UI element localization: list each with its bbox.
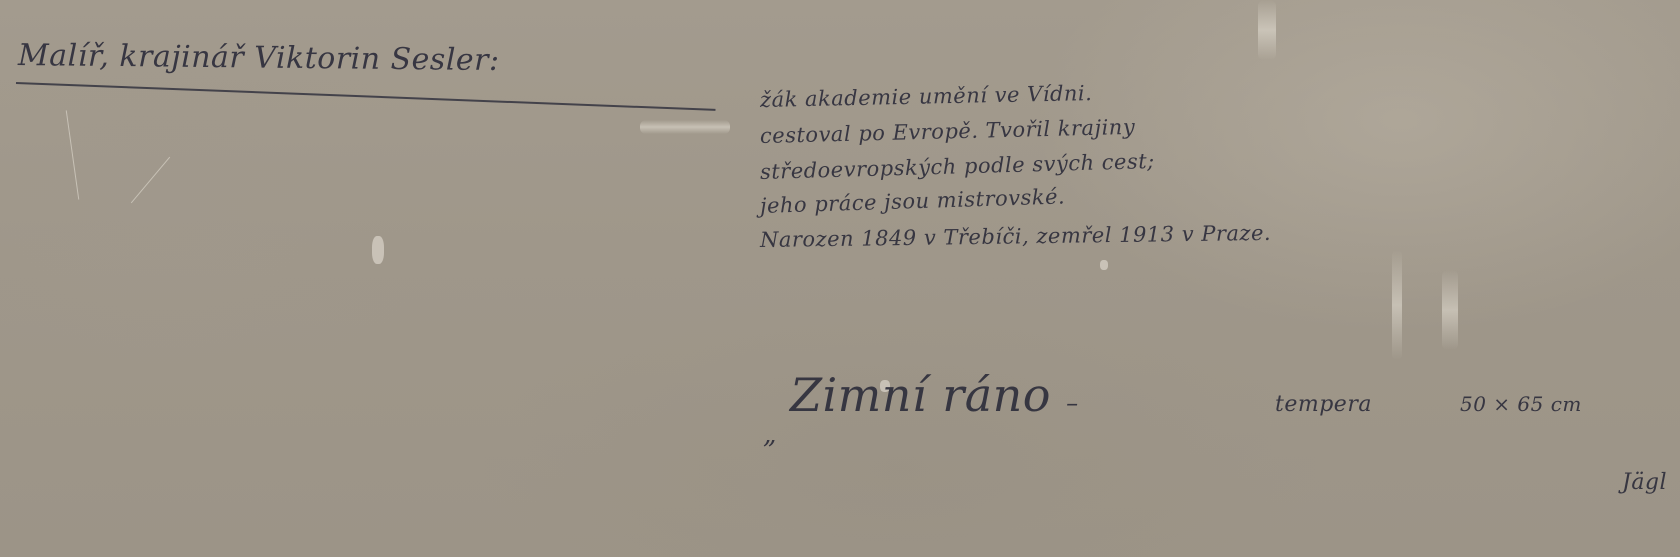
biography-line: žák akademie umění ve Vídni.	[760, 81, 1093, 112]
paper-speck	[1100, 260, 1108, 270]
paper-crack	[131, 157, 170, 204]
paper-speck	[372, 236, 384, 264]
paper-streak	[1392, 250, 1402, 360]
paper-streak	[1442, 270, 1458, 350]
artwork-title-text: Zimní ráno	[790, 368, 1051, 422]
artwork-title: Zimní ráno –	[790, 368, 1079, 422]
aged-paper-sheet: Malíř, krajinář Viktorin Sesler: žák aka…	[0, 0, 1680, 557]
biography-line: jeho práce jsou mistrovské.	[760, 184, 1066, 218]
paper-streak	[1258, 0, 1276, 60]
artist-heading: Malíř, krajinář Viktorin Sesler:	[18, 38, 500, 78]
title-open-quote: „	[763, 420, 777, 450]
paper-crack	[66, 110, 80, 199]
signature: Jägl	[1622, 470, 1667, 495]
heading-underline	[16, 82, 716, 111]
paper-streak	[640, 120, 730, 134]
title-dash: –	[1066, 389, 1079, 417]
biography-line: Narozen 1849 v Třebíči, zemřel 1913 v Pr…	[760, 221, 1271, 252]
artwork-dimensions: 50 × 65 cm	[1460, 392, 1582, 416]
biography-line: středoevropských podle svých cest;	[760, 149, 1155, 184]
biography-line: cestoval po Evropě. Tvořil krajiny	[760, 115, 1136, 148]
artwork-medium: tempera	[1275, 392, 1372, 417]
